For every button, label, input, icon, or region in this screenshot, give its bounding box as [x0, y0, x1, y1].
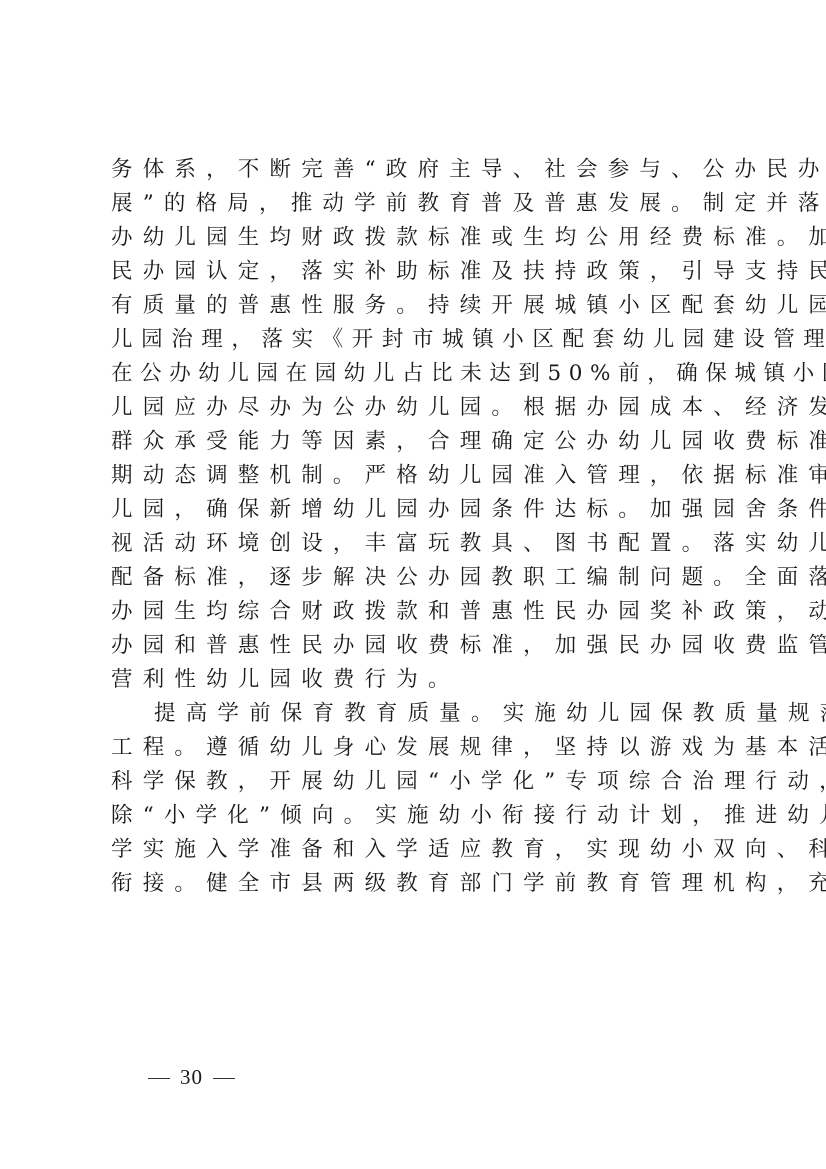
body-text: 务体系，不断完善“政府主导、社会参与、公办民办协调发 展”的格局，推动学前教育普… [111, 153, 727, 901]
text-line: 营利性幼儿园收费行为。 [111, 663, 727, 697]
text-line: 办园和普惠性民办园收费标准，加强民办园收费监管，规范非 [111, 629, 727, 663]
text-line: 务体系，不断完善“政府主导、社会参与、公办民办协调发 [111, 153, 727, 187]
text-line: 科学保教，开展幼儿园“小学化”专项综合治理行动，着力消 [111, 765, 727, 799]
text-line: 儿园应办尽办为公办幼儿园。根据办园成本、经济发展水平和 [111, 391, 727, 425]
text-line: 群众承受能力等因素，合理确定公办幼儿园收费标准并建立定 [111, 425, 727, 459]
text-line: 视活动环境创设，丰富玩教具、图书配置。落实幼儿园教职工 [111, 527, 727, 561]
text-line: 展”的格局，推动学前教育普及普惠发展。制定并落实县区公 [111, 187, 727, 221]
paragraph-start-line: 提高学前保育教育质量。实施幼儿园保教质量规范与提升 [111, 697, 727, 731]
document-page: 务体系，不断完善“政府主导、社会参与、公办民办协调发 展”的格局，推动学前教育普… [0, 0, 826, 1169]
page-number-footer: 30 [138, 1062, 245, 1092]
text-line: 办幼儿园生均财政拨款标准或生均公用经费标准。加快普惠性 [111, 221, 727, 255]
page-number: 30 [180, 1065, 203, 1089]
text-line: 期动态调整机制。严格幼儿园准入管理，依据标准审批设立幼 [111, 459, 727, 493]
text-line: 在公办幼儿园在园幼儿占比未达到50%前，确保城镇小区配套幼 [111, 357, 727, 391]
text-line: 民办园认定，落实补助标准及扶持政策，引导支持民办园提供 [111, 255, 727, 289]
dash-left [148, 1078, 170, 1079]
dash-right [213, 1078, 235, 1079]
text-line: 衔接。健全市县两级教育部门学前教育管理机构，充实管理力 [111, 867, 727, 901]
text-line: 儿园治理，落实《开封市城镇小区配套幼儿园建设管理办法》， [111, 323, 727, 357]
text-line: 学实施入学准备和入学适应教育，实现幼小双向、科学、有效 [111, 833, 727, 867]
text-line: 办园生均综合财政拨款和普惠性民办园奖补政策，动态调整公 [111, 595, 727, 629]
text-line: 儿园，确保新增幼儿园办园条件达标。加强园舍条件改善，重 [111, 493, 727, 527]
text-line: 除“小学化”倾向。实施幼小衔接行动计划，推进幼儿园和小 [111, 799, 727, 833]
text-line: 有质量的普惠性服务。持续开展城镇小区配套幼儿园和无证幼 [111, 289, 727, 323]
text-line: 配备标准，逐步解决公办园教职工编制问题。全面落实省定公 [111, 561, 727, 595]
text-line: 工程。遵循幼儿身心发展规律，坚持以游戏为基本活动，实施 [111, 731, 727, 765]
